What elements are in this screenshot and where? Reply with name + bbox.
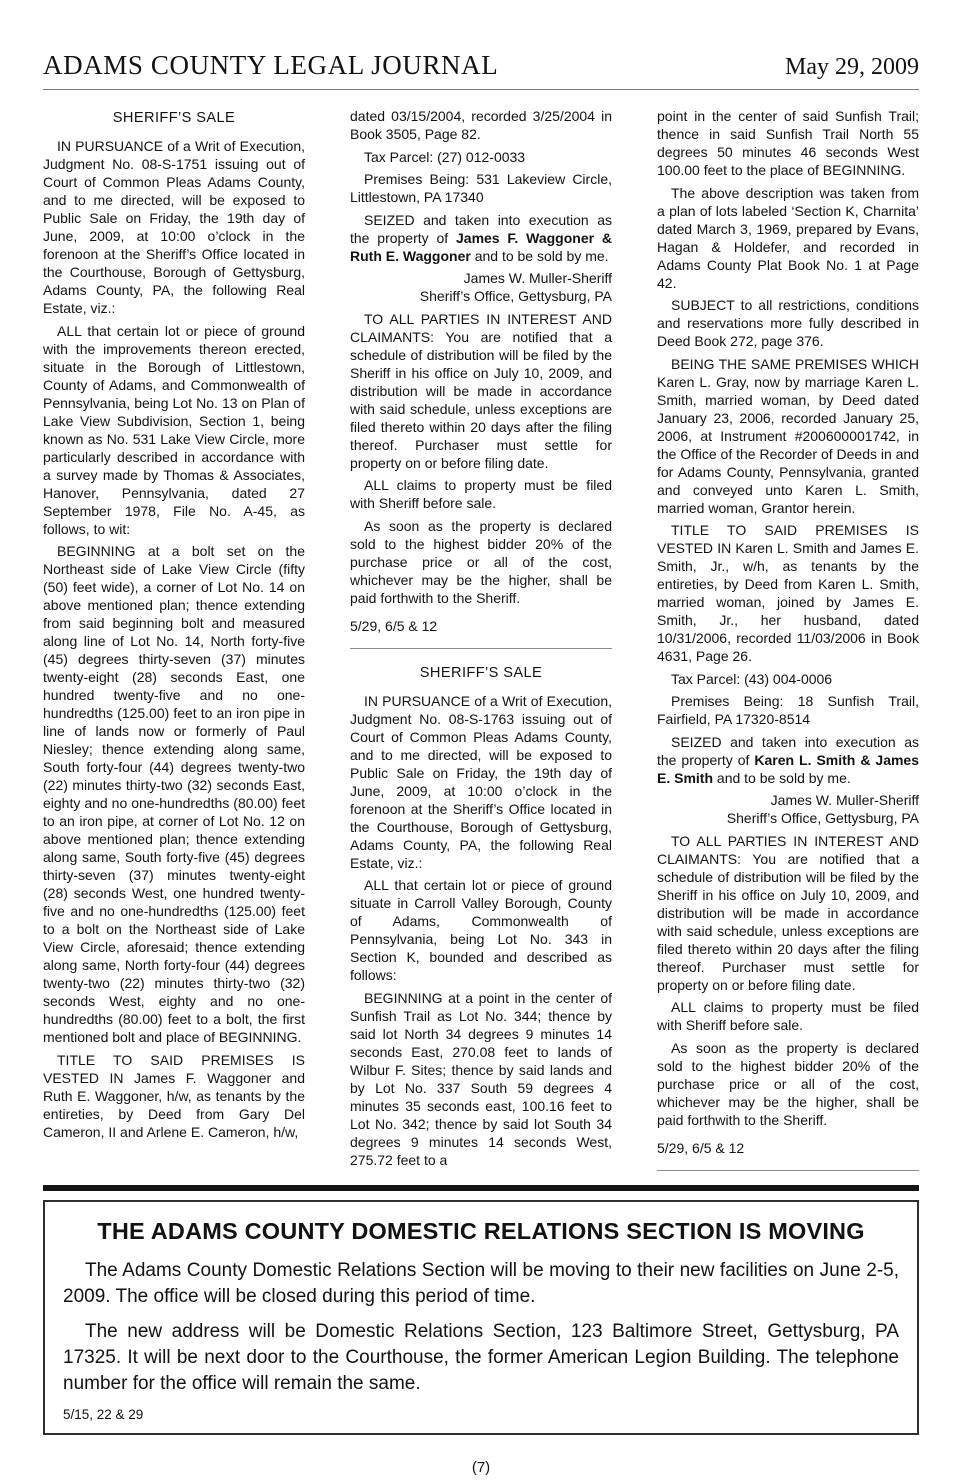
announcement-paragraph-1: The Adams County Domestic Relations Sect… [63, 1258, 899, 1310]
sale1-claims-notice: ALL claims to property must be filed wit… [350, 476, 612, 512]
sale1-publication-dates: 5/29, 6/5 & 12 [350, 617, 612, 635]
content-columns: SHERIFF’S SALE IN PURSUANCE of a Writ of… [43, 107, 919, 1173]
journal-title: ADAMS COUNTY LEGAL JOURNAL [43, 50, 498, 81]
column-3: point in the center of said Sunfish Trai… [657, 107, 919, 1173]
sale2-pursuance-paragraph: IN PURSUANCE of a Writ of Execution, Jud… [350, 692, 612, 872]
sale1-property-paragraph: ALL that certain lot or piece of ground … [43, 322, 305, 538]
sale2-plan-description: The above description was taken from a p… [657, 184, 919, 292]
sale2-property-paragraph: ALL that certain lot or piece of ground … [350, 876, 612, 984]
sale2-sheriff-office: Sheriff’s Office, Gettysburg, PA [657, 809, 919, 827]
sale1-tax-parcel: Tax Parcel: (27) 012-0033 [350, 148, 612, 166]
sale2-seized-paragraph: SEIZED and taken into execution as the p… [657, 733, 919, 787]
sale1-bidder-notice: As soon as the property is declared sold… [350, 517, 612, 607]
column-end-rule [657, 1170, 919, 1171]
sale2-same-premises-paragraph: BEING THE SAME PREMISES WHICH Karen L. G… [657, 355, 919, 517]
sale1-heading: SHERIFF’S SALE [43, 109, 305, 127]
sale1-seized-suffix: and to be sold by me. [471, 248, 609, 264]
announcement-publication-dates: 5/15, 22 & 29 [63, 1406, 899, 1423]
sale2-seized-suffix: and to be sold by me. [713, 770, 851, 786]
page-number: (7) [43, 1459, 919, 1476]
column-1: SHERIFF’S SALE IN PURSUANCE of a Writ of… [43, 107, 305, 1173]
sale1-title-vested-paragraph: TITLE TO SAID PREMISES IS VESTED IN Jame… [43, 1051, 305, 1141]
notice-divider-rule [350, 648, 612, 649]
sale2-metes-bounds-paragraph: BEGINNING at a point in the center of Su… [350, 989, 612, 1169]
sale2-subject-paragraph: SUBJECT to all restrictions, conditions … [657, 296, 919, 350]
sale2-sheriff-signature: James W. Muller-Sheriff [657, 791, 919, 809]
sale2-heading: SHERIFF’S SALE [350, 664, 612, 682]
announcement-paragraph-2: The new address will be Domestic Relatio… [63, 1319, 899, 1397]
sale1-pursuance-paragraph: IN PURSUANCE of a Writ of Execution, Jud… [43, 137, 305, 317]
issue-date: May 29, 2009 [785, 54, 919, 81]
sale2-premises: Premises Being: 18 Sunfish Trail, Fairfi… [657, 692, 919, 728]
sale1-sheriff-office: Sheriff’s Office, Gettysburg, PA [350, 287, 612, 305]
sale2-title-vested-paragraph: TITLE TO SAID PREMISES IS VESTED IN Kare… [657, 521, 919, 665]
sale2-publication-dates: 5/29, 6/5 & 12 [657, 1139, 919, 1157]
journal-page: ADAMS COUNTY LEGAL JOURNAL May 29, 2009 … [0, 0, 960, 1483]
sale1-claimants-notice: TO ALL PARTIES IN INTEREST AND CLAIMANTS… [350, 310, 612, 472]
sale2-claimants-notice: TO ALL PARTIES IN INTEREST AND CLAIMANTS… [657, 832, 919, 994]
column-2: dated 03/15/2004, recorded 3/25/2004 in … [350, 107, 612, 1173]
sale1-premises: Premises Being: 531 Lakeview Circle, Lit… [350, 170, 612, 206]
sale2-claims-notice: ALL claims to property must be filed wit… [657, 998, 919, 1034]
sale1-seized-paragraph: SEIZED and taken into execution as the p… [350, 211, 612, 265]
sale1-title-vested-continuation: dated 03/15/2004, recorded 3/25/2004 in … [350, 107, 612, 143]
sale2-metes-bounds-continuation: point in the center of said Sunfish Trai… [657, 107, 919, 179]
section-divider-bar [43, 1185, 919, 1191]
announcement-title: THE ADAMS COUNTY DOMESTIC RELATIONS SECT… [63, 1218, 899, 1245]
announcement-box: THE ADAMS COUNTY DOMESTIC RELATIONS SECT… [43, 1200, 919, 1435]
masthead: ADAMS COUNTY LEGAL JOURNAL May 29, 2009 [43, 0, 919, 90]
sale2-tax-parcel: Tax Parcel: (43) 004-0006 [657, 670, 919, 688]
sale1-metes-bounds-paragraph: BEGINNING at a bolt set on the Northeast… [43, 542, 305, 1046]
sale1-sheriff-signature: James W. Muller-Sheriff [350, 269, 612, 287]
sale2-bidder-notice: As soon as the property is declared sold… [657, 1039, 919, 1129]
